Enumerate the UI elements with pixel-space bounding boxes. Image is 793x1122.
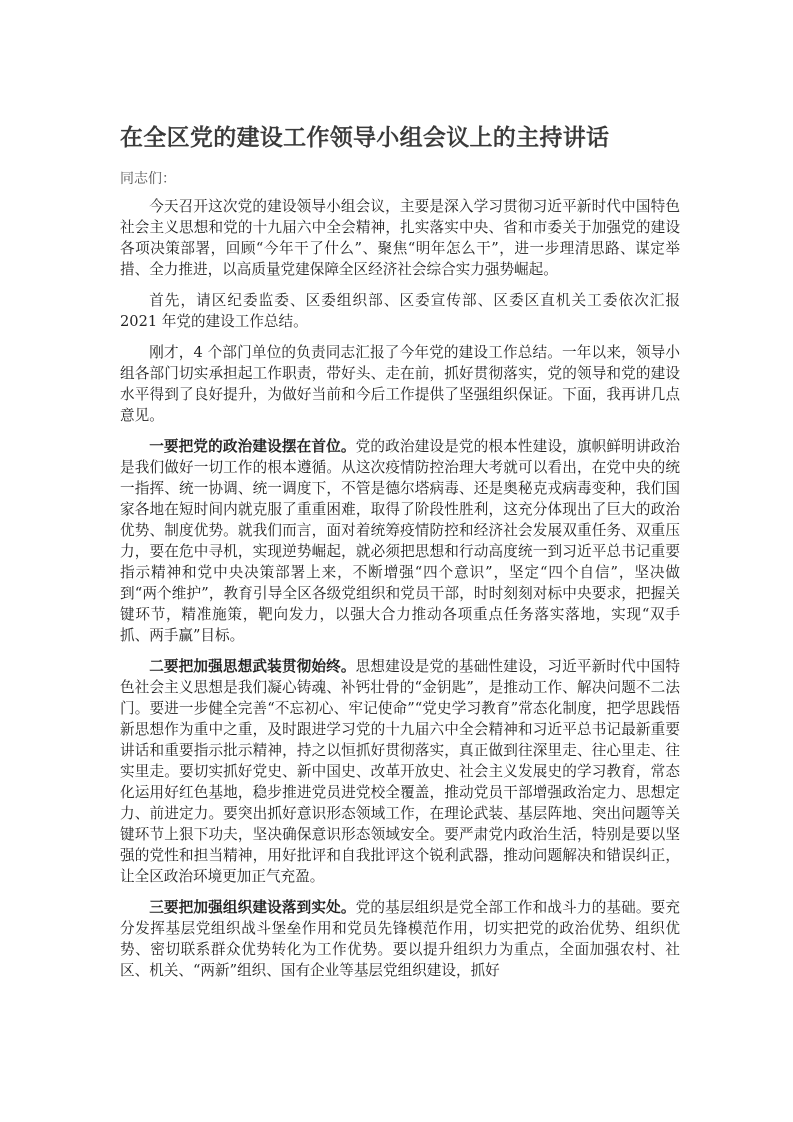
document-title: 在全区党的建设工作领导小组会议上的主持讲话 [120,122,680,154]
paragraph-point-three: 三要把加强组织建设落到实处。党的基层组织是党全部工作和战斗力的基础。要充分发挥基… [120,897,680,981]
salutation: 同志们： [120,168,176,190]
paragraph-lead: 三要把加强组织建设落到实处。 [149,899,355,916]
paragraph-text: 党的政治建设是党的根本性建设，旗帜鲜明讲政治是我们做好一切工作的根本遵循。从这次… [120,438,680,644]
paragraph-point-one: 一要把党的政治建设摆在首位。党的政治建设是党的根本性建设，旗帜鲜明讲政治是我们做… [120,436,680,646]
paragraph-lead: 二要把加强思想武装贯彻始终。 [149,658,355,675]
paragraph-text: 思想建设是党的基础性建设，习近平新时代中国特色社会主义思想是我们凝心铸魂、补钙壮… [120,658,680,885]
paragraph-text: 刚才，4 个部门单位的负责同志汇报了今年党的建设工作总结。一年以来，领导小组各部… [120,344,680,424]
document-page: 在全区党的建设工作领导小组会议上的主持讲话 同志们： 今天召开这次党的建设领导小… [0,0,793,1122]
paragraph-intro: 今天召开这次党的建设领导小组会议，主要是深入学习贯彻习近平新时代中国特色社会主义… [120,196,680,280]
paragraph-text: 首先，请区纪委监委、区委组织部、区委宣传部、区委区直机关工委依次汇报 2021 … [120,292,680,330]
paragraph-summary: 刚才，4 个部门单位的负责同志汇报了今年党的建设工作总结。一年以来，领导小组各部… [120,342,680,426]
paragraph-text: 今天召开这次党的建设领导小组会议，主要是深入学习贯彻习近平新时代中国特色社会主义… [120,198,680,278]
paragraph-point-two: 二要把加强思想武装贯彻始终。思想建设是党的基础性建设，习近平新时代中国特色社会主… [120,656,680,887]
document-body: 今天召开这次党的建设领导小组会议，主要是深入学习贯彻习近平新时代中国特色社会主义… [120,196,680,991]
paragraph-reports: 首先，请区纪委监委、区委组织部、区委宣传部、区委区直机关工委依次汇报 2021 … [120,290,680,332]
paragraph-lead: 一要把党的政治建设摆在首位。 [149,438,355,455]
